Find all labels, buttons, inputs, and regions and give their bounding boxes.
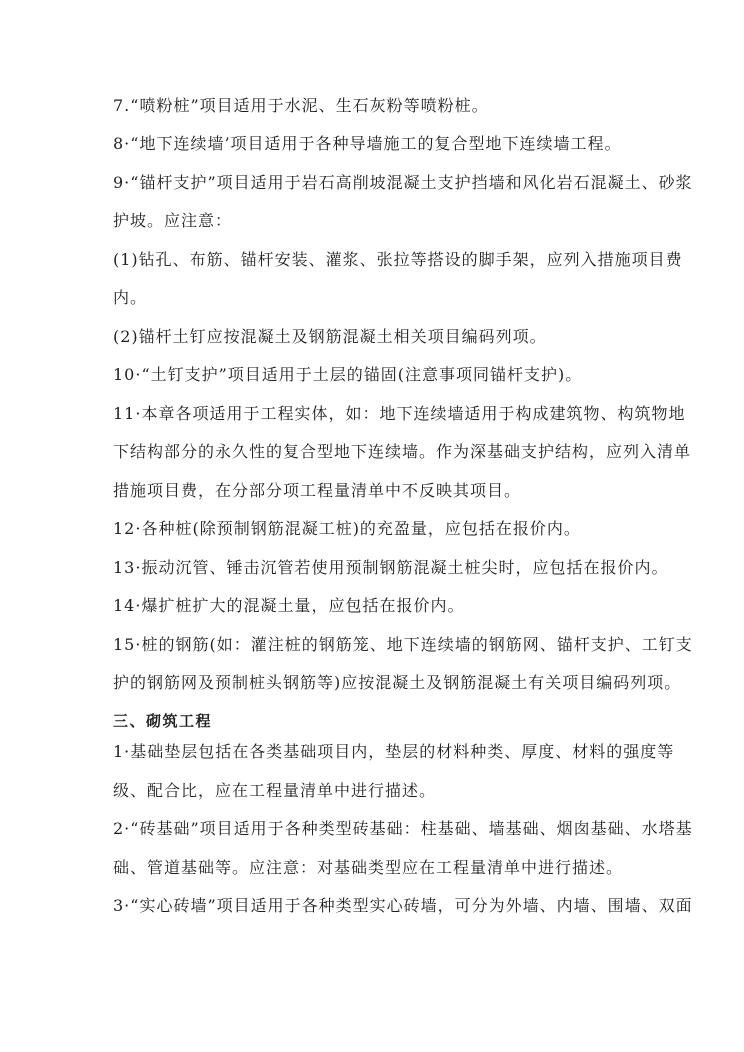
text-line: 2·“砖基础”项目适用于各种类型砖基础：柱基础、墙基础、烟囱基础、水塔基 xyxy=(113,809,656,848)
text-line: 9·“锚杆支护”项目适用于岩石高削坡混凝土支护挡墙和风化岩石混凝土、砂浆 xyxy=(113,162,656,201)
text-line: 8·“地下连续墙’项目适用于各种导墙施工的复合型地下连续墙工程。 xyxy=(113,124,656,163)
text-line: 14·爆扩桩扩大的混凝土量，应包括在报价内。 xyxy=(113,586,656,625)
text-line: 1·基础垫层包括在各类基础项目内，垫层的材料种类、厚度、材料的强度等 xyxy=(113,732,656,771)
text-line: 13·振动沉管、锤击沉管若使用预制钢筋混凝土桩尖时，应包括在报价内。 xyxy=(113,547,656,586)
text-line: 7.“喷粉桩”项目适用于水泥、生石灰粉等喷粉桩。 xyxy=(113,85,656,124)
document-page: 7.“喷粉桩”项目适用于水泥、生石灰粉等喷粉桩。 8·“地下连续墙’项目适用于各… xyxy=(0,0,744,1052)
text-line: 12·各种桩(除预制钢筋混凝工桩)的充盈量，应包括在报价内。 xyxy=(113,509,656,548)
text-line: 础、管道基础等。应注意：对基础类型应在工程量清单中进行描述。 xyxy=(113,847,656,886)
text-line: 3·“实心砖墙”项目适用于各种类型实心砖墙，可分为外墙、内墙、围墙、双面 xyxy=(113,886,656,925)
text-line: 下结构部分的永久性的复合型地下连续墙。作为深基础支护结构，应列入清单 xyxy=(113,432,656,471)
text-line: 护的钢筋网及预制桩头钢筋等)应按混凝土及钢筋混凝土有关项目编码列项。 xyxy=(113,663,656,702)
text-line: 护坡。应注意： xyxy=(113,201,656,240)
text-line: 级、配合比，应在工程量清单中进行描述。 xyxy=(113,770,656,809)
text-line: 措施项目费，在分部分项工程量清单中不反映其项目。 xyxy=(113,470,656,509)
text-line: (1)钻孔、布筋、锚杆安装、灌浆、张拉等搭设的脚手架，应列入措施项目费 xyxy=(113,239,656,278)
text-line: 15·桩的钢筋(如：灌注桩的钢筋笼、地下连续墙的钢筋网、锚杆支护、工钉支 xyxy=(113,624,656,663)
text-line: 内。 xyxy=(113,278,656,317)
document-body: 7.“喷粉桩”项目适用于水泥、生石灰粉等喷粉桩。 8·“地下连续墙’项目适用于各… xyxy=(0,0,744,924)
text-line: (2)锚杆土钉应按混凝土及钢筋混凝土相关项目编码列项。 xyxy=(113,316,656,355)
text-line: 11·本章各项适用于工程实体，如：地下连续墙适用于构成建筑物、构筑物地 xyxy=(113,393,656,432)
text-line: 10·“土钉支护”项目适用于土层的锚固(注意事项同锚杆支护)。 xyxy=(113,355,656,394)
